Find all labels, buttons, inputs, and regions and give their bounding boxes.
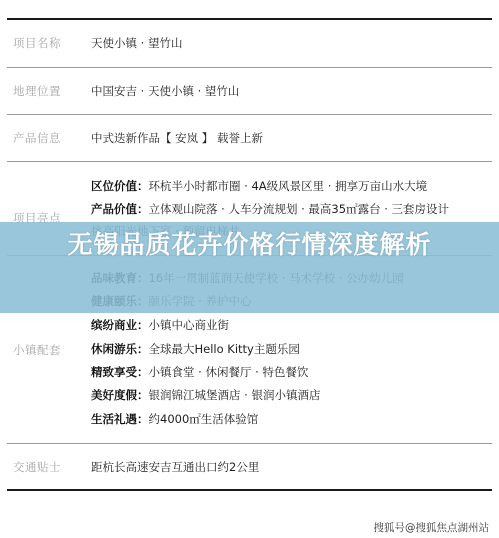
- amenity-text: 小镇中心商业街: [149, 318, 230, 332]
- label-product-info: 产品信息: [13, 130, 61, 146]
- row-divider: [7, 114, 492, 115]
- value-location: 中国安吉 · 天使小镇 · 望竹山: [91, 83, 239, 99]
- bottom-rule: [7, 489, 492, 491]
- highlight-key: 产品价值：: [91, 202, 149, 216]
- amenity-line: 美好度假：银润锦江城堡酒店 · 银润小镇酒店: [91, 387, 320, 403]
- value-product-info: 中式迭新作品【 安岚 】 载誉上新: [91, 130, 263, 146]
- label-amenities: 小镇配套: [13, 342, 61, 358]
- highlight-line: 产品价值：立体观山院落 · 人车分流规划 · 最高35㎡露台 · 三套房设计: [91, 201, 449, 217]
- banner-title: 无锡品质花卉价格行情深度解析: [0, 228, 499, 261]
- amenity-key: 精致享受：: [91, 365, 149, 379]
- amenity-key: 休闲游乐：: [91, 342, 149, 356]
- top-rule: [7, 18, 492, 20]
- amenity-text: 约4000㎡生活体验馆: [149, 412, 259, 426]
- highlight-text: 环杭半小时都市圈 · 4A级风景区里 · 拥享万亩山水大境: [149, 179, 428, 193]
- amenity-key: 美好度假：: [91, 388, 149, 402]
- value-traffic: 距杭长高速安吉互通出口约2公里: [91, 459, 259, 475]
- label-project-name: 项目名称: [13, 35, 61, 51]
- amenity-line: 缤纷商业：小镇中心商业街: [91, 317, 229, 333]
- amenity-key: 生活礼遇：: [91, 412, 149, 426]
- row-divider: [7, 161, 492, 162]
- value-project-name: 天使小镇 · 望竹山: [91, 35, 182, 51]
- amenity-line: 休闲游乐：全球最大Hello Kitty主题乐园: [91, 341, 300, 357]
- label-traffic: 交通贴士: [13, 459, 61, 475]
- highlight-key: 区位价值：: [91, 179, 149, 193]
- label-location: 地理位置: [13, 83, 61, 99]
- amenity-text: 小镇食堂 · 休闲餐厅 · 特色餐饮: [149, 365, 309, 379]
- amenity-text: 全球最大Hello Kitty主题乐园: [149, 342, 300, 356]
- highlight-text: 立体观山院落 · 人车分流规划 · 最高35㎡露台 · 三套房设计: [149, 202, 450, 216]
- highlight-line: 区位价值：环杭半小时都市圈 · 4A级风景区里 · 拥享万亩山水大境: [91, 178, 427, 194]
- amenity-text: 银润锦江城堡酒店 · 银润小镇酒店: [149, 388, 321, 402]
- row-divider: [7, 67, 492, 68]
- row-divider: [7, 443, 492, 444]
- amenity-key: 缤纷商业：: [91, 318, 149, 332]
- amenity-line: 精致享受：小镇食堂 · 休闲餐厅 · 特色餐饮: [91, 364, 308, 380]
- watermark: 搜狐号@搜狐焦点湖州站: [374, 520, 490, 535]
- amenity-line: 生活礼遇：约4000㎡生活体验馆: [91, 411, 258, 427]
